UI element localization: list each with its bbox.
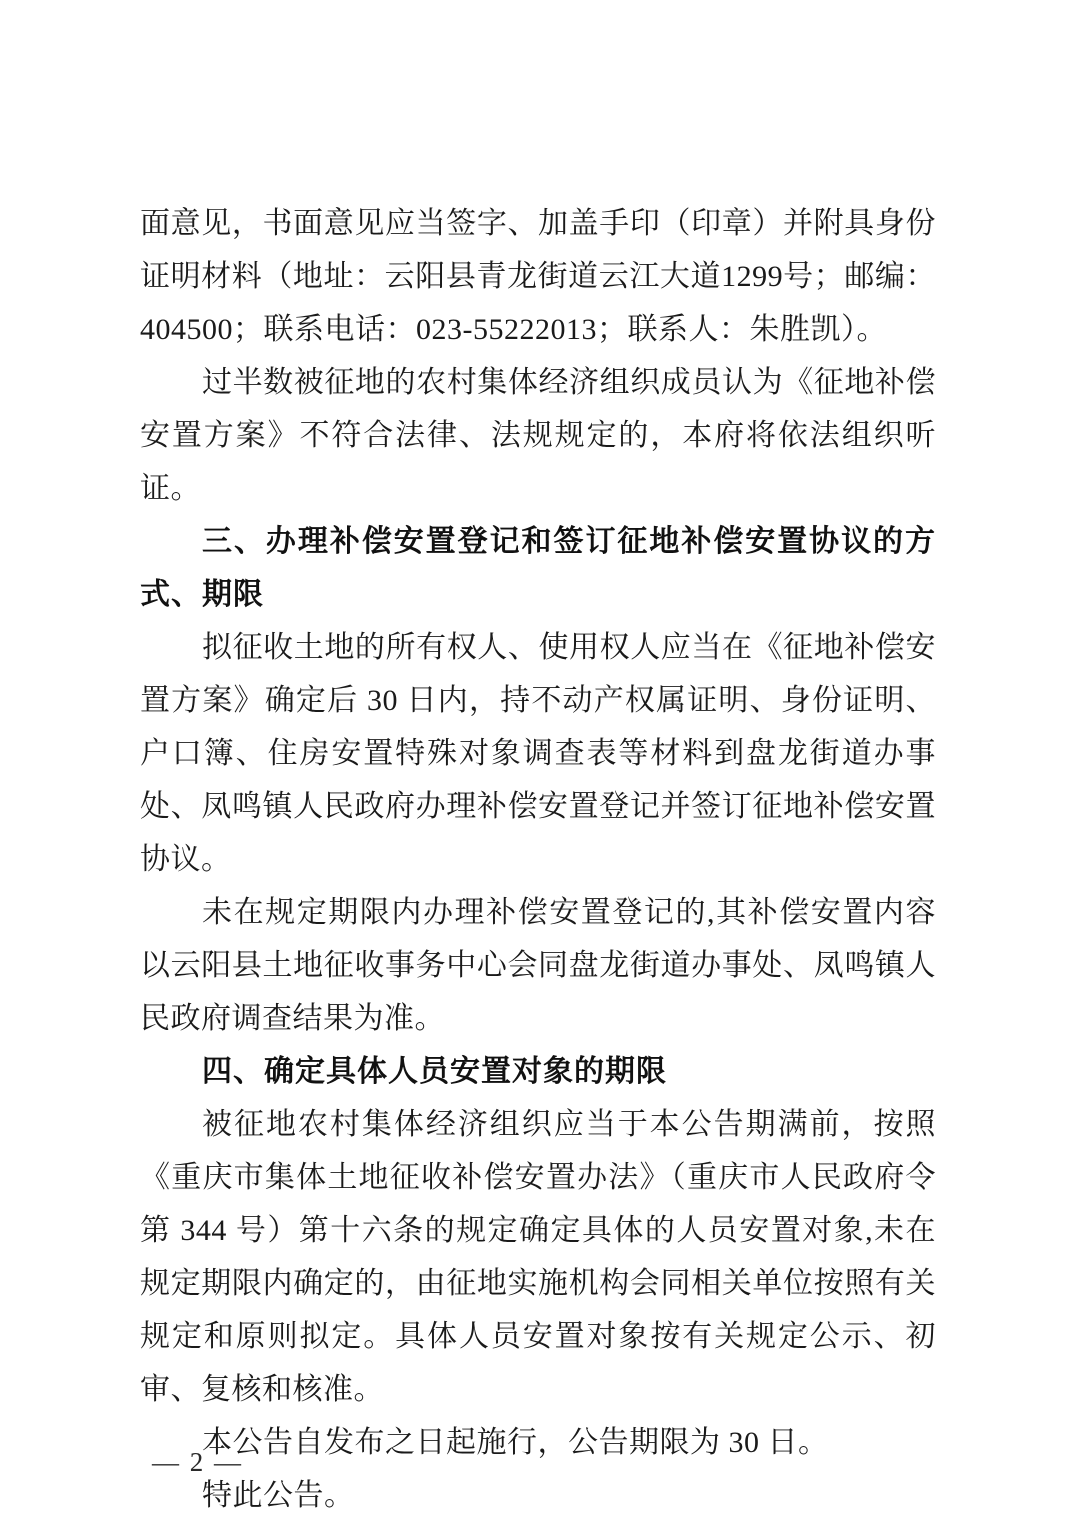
document-body: 面意见，书面意见应当签字、加盖手印（印章）并附具身份证明材料（地址：云阳县青龙街… <box>140 197 936 1520</box>
section-heading-four: 四、确定具体人员安置对象的期限 <box>140 1045 936 1098</box>
paragraph-resettlement-targets: 被征地农村集体经济组织应当于本公告期满前，按照《重庆市集体土地征收补偿安置办法》… <box>140 1098 936 1416</box>
paragraph-effective-period: 本公告自发布之日起施行，公告期限为 30 日。 <box>140 1416 936 1469</box>
paragraph-closing-statement: 特此公告。 <box>140 1469 936 1520</box>
document-page: 面意见，书面意见应当签字、加盖手印（印章）并附具身份证明材料（地址：云阳县青龙街… <box>0 0 1074 1520</box>
paragraph-hearing-clause: 过半数被征地的农村集体经济组织成员认为《征地补偿安置方案》不符合法律、法规规定的… <box>140 356 936 515</box>
paragraph-overdue-registration: 未在规定期限内办理补偿安置登记的,其补偿安置内容以云阳县土地征收事务中心会同盘龙… <box>140 886 936 1045</box>
page-number: — 2 — <box>152 1445 243 1479</box>
paragraph-written-opinion-contact: 面意见，书面意见应当签字、加盖手印（印章）并附具身份证明材料（地址：云阳县青龙街… <box>140 197 936 356</box>
paragraph-registration-procedure: 拟征收土地的所有权人、使用权人应当在《征地补偿安置方案》确定后 30 日内，持不… <box>140 621 936 886</box>
section-heading-three: 三、办理补偿安置登记和签订征地补偿安置协议的方式、期限 <box>140 515 936 621</box>
